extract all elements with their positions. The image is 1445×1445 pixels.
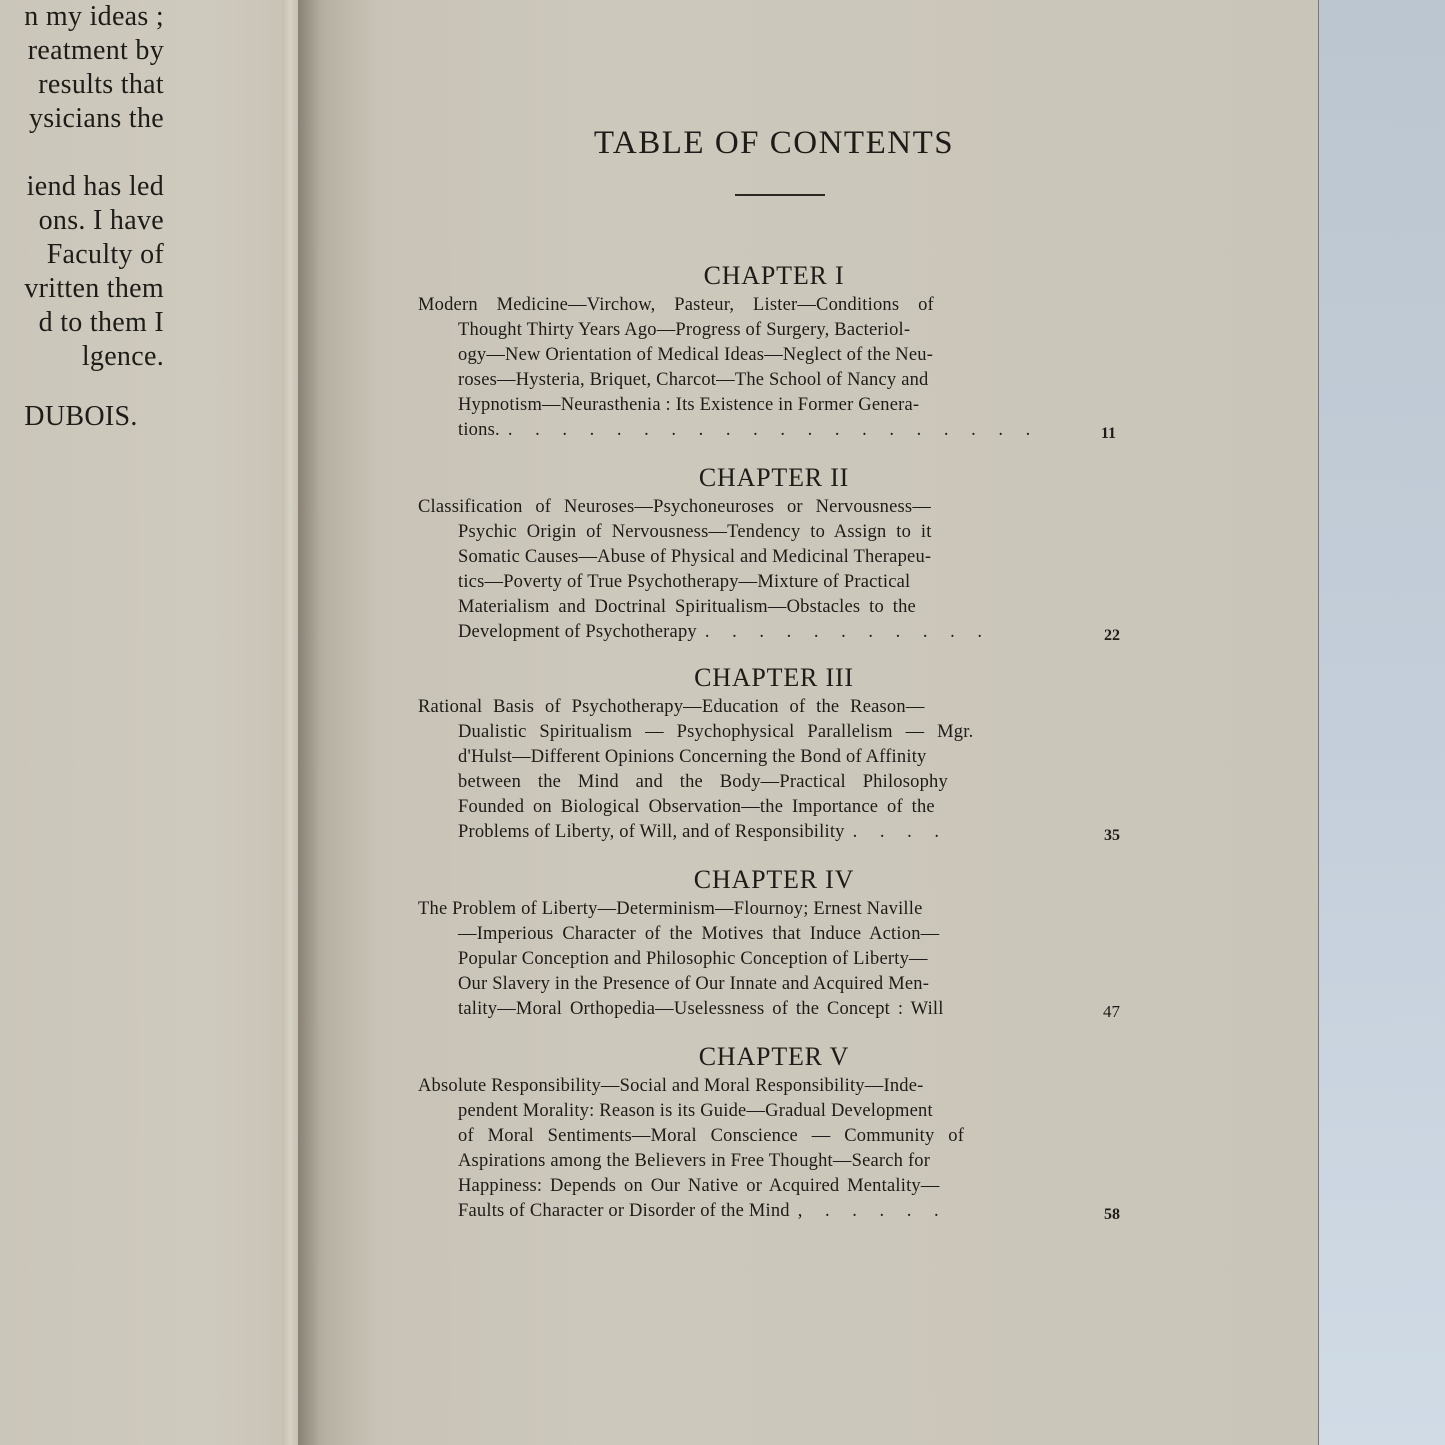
summary-line-text: Problems of Liberty, of Will, and of Res…: [458, 822, 845, 842]
summary-line: Modern Medicine—Virchow, Pasteur, Lister…: [418, 293, 1068, 318]
dot-leaders: . . . .: [845, 822, 948, 842]
summary-line: Psychic Origin of Nervousness—Tendency t…: [418, 520, 1068, 545]
summary-line: Our Slavery in the Presence of Our Innat…: [418, 972, 1068, 997]
chapter-summary: Absolute Responsibility—Social and Moral…: [418, 1074, 1068, 1224]
summary-line: tics—Poverty of True Psychotherapy—Mixtu…: [418, 570, 1068, 595]
left-line: results that: [24, 68, 164, 102]
chapter-heading: CHAPTER III: [418, 663, 1118, 693]
summary-line: Dualistic Spiritualism — Psychophysical …: [418, 720, 1068, 745]
page-title: TABLE OF CONTENTS: [418, 125, 1118, 162]
summary-line: Somatic Causes—Abuse of Physical and Med…: [418, 545, 1068, 570]
summary-line-text: Faults of Character or Disorder of the M…: [458, 1201, 790, 1221]
summary-line: Hypnotism—Neurasthenia : Its Existence i…: [418, 393, 1068, 418]
summary-line: Problems of Liberty, of Will, and of Res…: [418, 820, 1068, 845]
left-line: [24, 136, 164, 170]
page-number: 58: [1080, 1206, 1120, 1224]
summary-line: Absolute Responsibility—Social and Moral…: [418, 1074, 1068, 1099]
author-signature: DUBOIS.: [24, 400, 164, 434]
background-surface: [1318, 0, 1445, 1445]
chapter-entry: CHAPTER II Classification of Neuroses—Ps…: [418, 463, 1118, 645]
summary-line: Aspirations among the Believers in Free …: [418, 1149, 1068, 1174]
chapter-heading: CHAPTER V: [418, 1042, 1118, 1072]
left-page-text: n my ideas ; reatment by results that ys…: [24, 0, 164, 434]
chapter-summary: Classification of Neuroses—Psychoneurose…: [418, 495, 1068, 645]
summary-line: of Moral Sentiments—Moral Conscience — C…: [418, 1124, 1068, 1149]
left-line: reatment by: [24, 34, 164, 68]
chapter-summary: Modern Medicine—Virchow, Pasteur, Lister…: [418, 293, 1068, 443]
summary-line: The Problem of Liberty—Determinism—Flour…: [418, 897, 1068, 922]
summary-line-text: tions.: [458, 420, 500, 440]
chapter-heading: CHAPTER I: [418, 261, 1118, 291]
chapter-summary: The Problem of Liberty—Determinism—Flour…: [418, 897, 1068, 1022]
summary-line: tions.. . . . . . . . . . . . . . . . . …: [418, 418, 1068, 443]
left-line: ons. I have: [24, 204, 164, 238]
page-fold: [282, 0, 298, 1445]
left-line: ysicians the: [24, 102, 164, 136]
chapter-heading: CHAPTER II: [418, 463, 1118, 493]
left-line: Faculty of: [24, 238, 164, 272]
chapter-entry: CHAPTER III Rational Basis of Psychother…: [418, 663, 1118, 845]
summary-line: tality—Moral Orthopedia—Uselessness of t…: [418, 997, 1068, 1022]
summary-line: Popular Conception and Philosophic Conce…: [418, 947, 1068, 972]
dot-leaders: . . . . . . . . . . . . . . . . . . . .: [500, 420, 1039, 440]
left-page: n my ideas ; reatment by results that ys…: [0, 0, 298, 1445]
summary-line: Development of Psychotherapy. . . . . . …: [418, 620, 1068, 645]
summary-line: Happiness: Depends on Our Native or Acqu…: [418, 1174, 1068, 1199]
summary-line: Materialism and Doctrinal Spiritualism—O…: [418, 595, 1068, 620]
summary-line: ogy—New Orientation of Medical Ideas—Neg…: [418, 343, 1068, 368]
chapter-entry: CHAPTER IV The Problem of Liberty—Determ…: [418, 865, 1118, 1022]
summary-line: Faults of Character or Disorder of the M…: [418, 1199, 1068, 1224]
summary-line: Classification of Neuroses—Psychoneurose…: [418, 495, 1068, 520]
summary-line: d'Hulst—Different Opinions Concerning th…: [418, 745, 1068, 770]
page-number: 11: [1076, 425, 1116, 443]
summary-line: Founded on Biological Observation—the Im…: [418, 795, 1068, 820]
dot-leaders: , . . . . .: [790, 1201, 948, 1221]
left-line: n my ideas ;: [24, 0, 164, 34]
summary-line-text: Development of Psychotherapy: [458, 622, 697, 642]
title-divider: [735, 194, 825, 196]
chapter-heading: CHAPTER IV: [418, 865, 1118, 895]
summary-line: roses—Hysteria, Briquet, Charcot—The Sch…: [418, 368, 1068, 393]
dot-leaders: . . . . . . . . . . .: [697, 622, 991, 642]
gutter-shadow: [298, 0, 320, 1445]
page-number: 35: [1080, 827, 1120, 845]
chapter-summary: Rational Basis of Psychotherapy—Educatio…: [418, 695, 1068, 845]
chapter-entry: CHAPTER V Absolute Responsibility—Social…: [418, 1042, 1118, 1224]
summary-line: —Imperious Character of the Motives that…: [418, 922, 1068, 947]
chapter-entry: CHAPTER I Modern Medicine—Virchow, Paste…: [418, 261, 1118, 443]
left-line: iend has led: [24, 170, 164, 204]
left-line: lgence.: [24, 340, 164, 374]
left-line: vritten them: [24, 272, 164, 306]
summary-line: Rational Basis of Psychotherapy—Educatio…: [418, 695, 1068, 720]
left-line: d to them I: [24, 306, 164, 340]
summary-line: pendent Morality: Reason is its Guide—Gr…: [418, 1099, 1068, 1124]
table-of-contents: TABLE OF CONTENTS CHAPTER I Modern Medic…: [418, 125, 1118, 1224]
summary-line: Thought Thirty Years Ago—Progress of Sur…: [418, 318, 1068, 343]
page-number: 47: [1080, 1002, 1120, 1022]
summary-line: between the Mind and the Body—Practical …: [418, 770, 1068, 795]
page-number: 22: [1080, 627, 1120, 645]
